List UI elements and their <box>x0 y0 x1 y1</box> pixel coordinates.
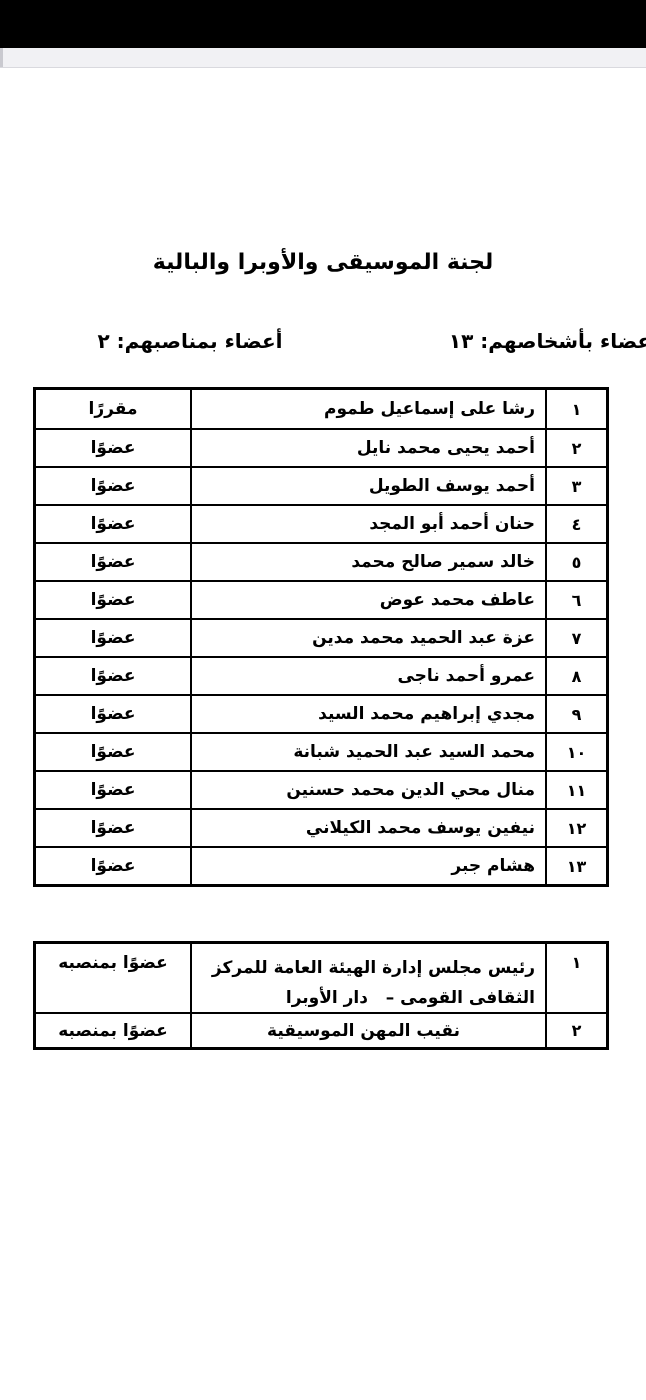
member-number: ٧ <box>545 620 606 656</box>
position-role: عضوًا بمنصبه <box>36 1014 190 1047</box>
table-row: ٦ عاطف محمد عوض عضوًا <box>36 580 606 618</box>
member-name: مجدي إبراهيم محمد السيد <box>190 696 545 732</box>
member-name: أحمد يحيى محمد نايل <box>190 430 545 466</box>
member-role: عضوًا <box>36 506 190 542</box>
position-name: رئيس مجلس إدارة الهيئة العامة للمركز الث… <box>190 944 545 1012</box>
member-name: أحمد يوسف الطويل <box>190 468 545 504</box>
member-name: نيفين يوسف محمد الكيلاني <box>190 810 545 846</box>
table-row: ٨ عمرو أحمد ناجى عضوًا <box>36 656 606 694</box>
table-row: ٧ عزة عبد الحميد محمد مدين عضوًا <box>36 618 606 656</box>
page-title: لجنة الموسيقى والأوبرا والبالية <box>0 250 646 275</box>
table-row: ٣ أحمد يوسف الطويل عضوًا <box>36 466 606 504</box>
header-members-by-position: أعضاء بمناصبهم: ٢ <box>60 329 320 353</box>
header-members-in-person: أعضاء بأشخاصهم: ١٣ <box>449 329 646 353</box>
table-row: ٢ أحمد يحيى محمد نايل عضوًا <box>36 428 606 466</box>
position-role: عضوًا بمنصبه <box>36 944 190 1012</box>
member-role: عضوًا <box>36 734 190 770</box>
positions-table: ١ رئيس مجلس إدارة الهيئة العامة للمركز ا… <box>33 941 609 1050</box>
position-name: نقيب المهن الموسيقية <box>190 1014 545 1047</box>
member-name: هشام جبر <box>190 848 545 884</box>
table-row: ٩ مجدي إبراهيم محمد السيد عضوًا <box>36 694 606 732</box>
member-role: مقررًا <box>36 390 190 428</box>
member-number: ١٠ <box>545 734 606 770</box>
table-row: ١٣ هشام جبر عضوًا <box>36 846 606 884</box>
position-name-line1: رئيس مجلس إدارة الهيئة العامة للمركز <box>212 953 535 983</box>
member-number: ٥ <box>545 544 606 580</box>
member-number: ٩ <box>545 696 606 732</box>
member-role: عضوًا <box>36 468 190 504</box>
table-row: ١ رئيس مجلس إدارة الهيئة العامة للمركز ا… <box>36 944 606 1012</box>
member-name: خالد سمير صالح محمد <box>190 544 545 580</box>
member-role: عضوًا <box>36 772 190 808</box>
member-number: ١٢ <box>545 810 606 846</box>
position-name-line2: الثقافى القومى – دار الأوبرا <box>286 983 535 1012</box>
member-role: عضوًا <box>36 848 190 884</box>
member-number: ٢ <box>545 430 606 466</box>
document-screenshot-root: لجنة الموسيقى والأوبرا والبالية أعضاء بأ… <box>0 0 646 1400</box>
top-black-bar <box>0 0 646 48</box>
table-row: ٢ نقيب المهن الموسيقية عضوًا بمنصبه <box>36 1012 606 1047</box>
member-name: عاطف محمد عوض <box>190 582 545 618</box>
table-row: ١٠ محمد السيد عبد الحميد شبانة عضوًا <box>36 732 606 770</box>
member-role: عضوًا <box>36 430 190 466</box>
member-role: عضوًا <box>36 658 190 694</box>
member-role: عضوًا <box>36 582 190 618</box>
table-row: ١١ منال محي الدين محمد حسنين عضوًا <box>36 770 606 808</box>
member-role: عضوًا <box>36 544 190 580</box>
member-number: ٣ <box>545 468 606 504</box>
member-name: عزة عبد الحميد محمد مدين <box>190 620 545 656</box>
table-row: ١٢ نيفين يوسف محمد الكيلاني عضوًا <box>36 808 606 846</box>
table-row: ٤ حنان أحمد أبو المجد عضوًا <box>36 504 606 542</box>
member-role: عضوًا <box>36 696 190 732</box>
member-name: حنان أحمد أبو المجد <box>190 506 545 542</box>
member-name: منال محي الدين محمد حسنين <box>190 772 545 808</box>
member-number: ١١ <box>545 772 606 808</box>
member-number: ٤ <box>545 506 606 542</box>
member-name: رشا على إسماعيل طموم <box>190 390 545 428</box>
table-row: ١ رشا على إسماعيل طموم مقررًا <box>36 390 606 428</box>
member-number: ٦ <box>545 582 606 618</box>
member-number: ٨ <box>545 658 606 694</box>
member-number: ١٣ <box>545 848 606 884</box>
member-name: محمد السيد عبد الحميد شبانة <box>190 734 545 770</box>
position-name-line1: نقيب المهن الموسيقية <box>267 1016 460 1046</box>
member-role: عضوًا <box>36 810 190 846</box>
table-row: ٥ خالد سمير صالح محمد عضوًا <box>36 542 606 580</box>
browser-toolbar-strip <box>0 48 646 68</box>
position-number: ١ <box>545 944 606 1012</box>
member-name: عمرو أحمد ناجى <box>190 658 545 694</box>
member-number: ١ <box>545 390 606 428</box>
member-role: عضوًا <box>36 620 190 656</box>
members-table: ١ رشا على إسماعيل طموم مقررًا ٢ أحمد يحي… <box>33 387 609 887</box>
position-number: ٢ <box>545 1014 606 1047</box>
